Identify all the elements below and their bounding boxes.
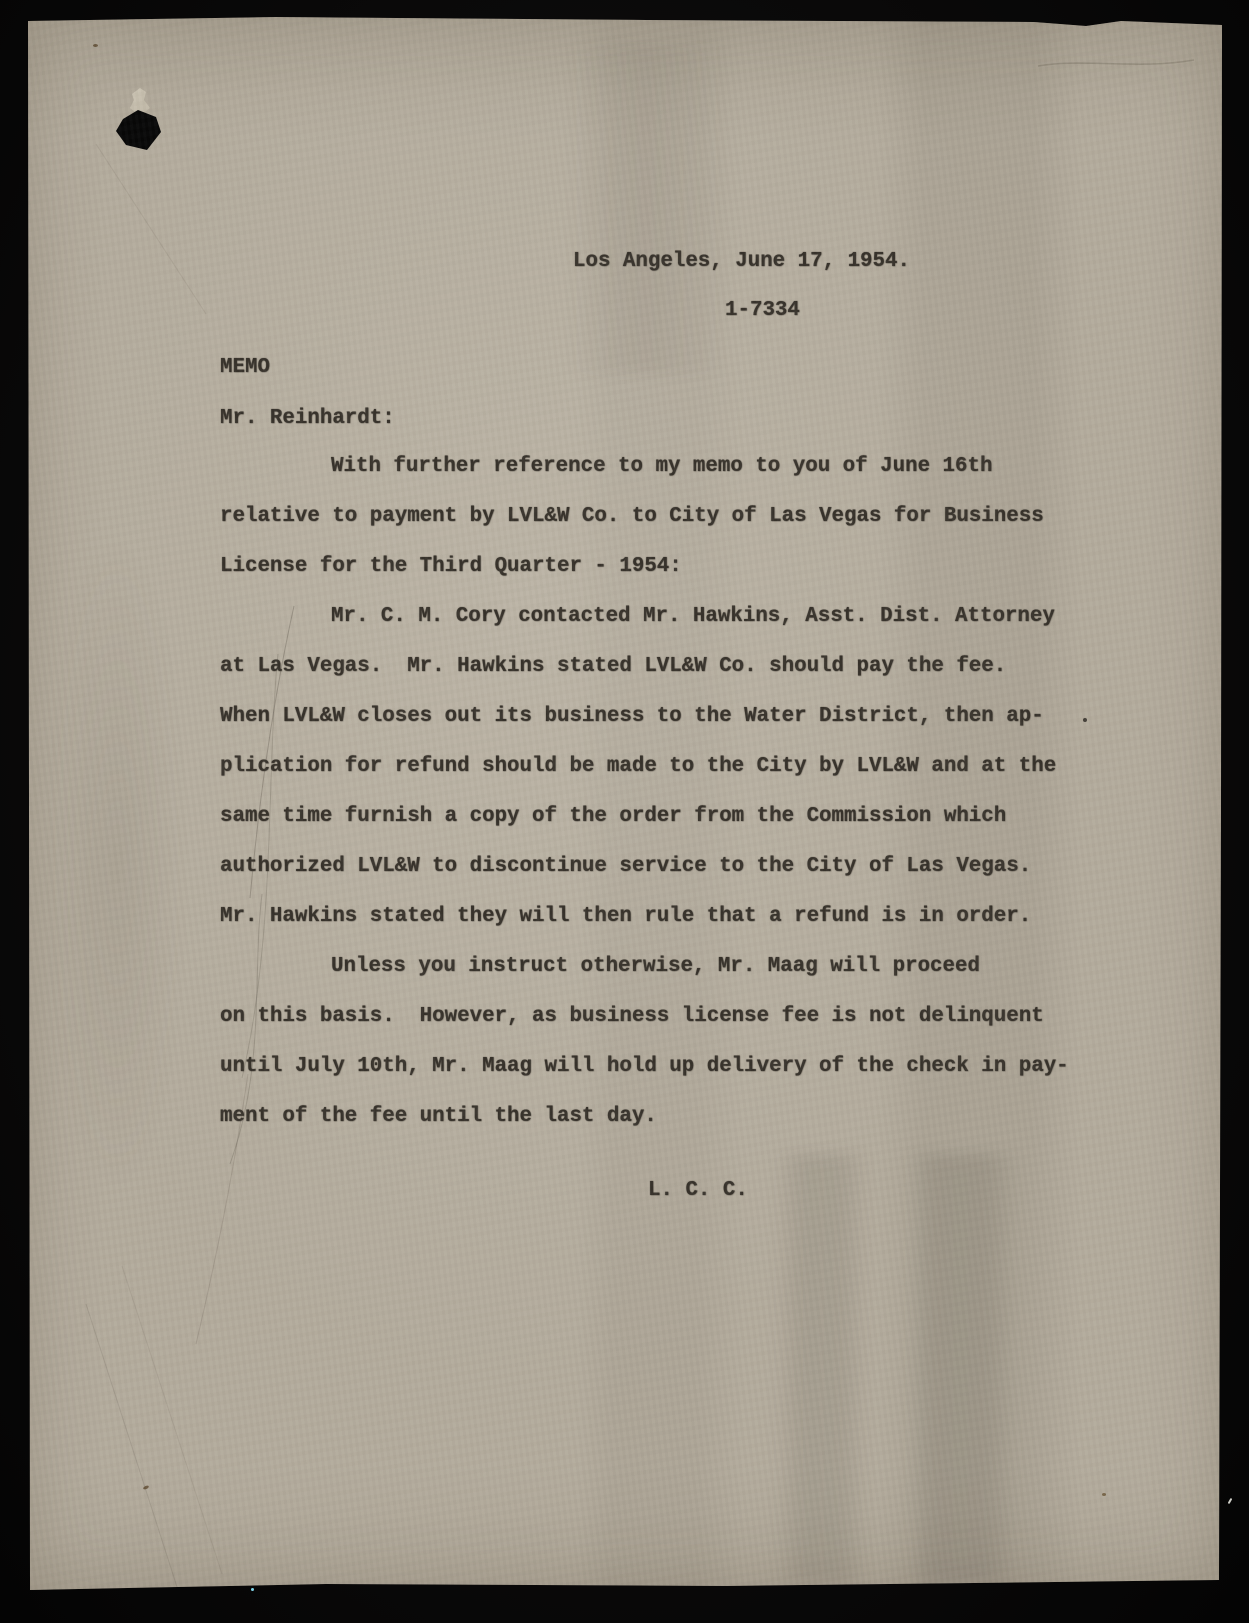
- memo-document: Los Angeles, June 17, 1954. 1-7334 MEMO …: [26, 14, 1224, 1592]
- dateline: Los Angeles, June 17, 1954.: [573, 237, 910, 287]
- body-line: at Las Vegas. Mr. Hawkins stated LVL&W C…: [220, 642, 1069, 692]
- smudge-mark: [52, 534, 182, 1194]
- body-line: License for the Third Quarter - 1954:: [220, 542, 1069, 592]
- photo-backdrop: Los Angeles, June 17, 1954. 1-7334 MEMO …: [0, 0, 1249, 1623]
- salutation: Mr. Reinhardt:: [220, 394, 395, 444]
- hole-opening: [116, 110, 162, 152]
- body-line: With further reference to my memo to you…: [220, 442, 1069, 492]
- memo-label: MEMO: [220, 343, 270, 393]
- body-line: relative to payment by LVL&W Co. to City…: [220, 492, 1069, 542]
- body-line: until July 10th, Mr. Maag will hold up d…: [220, 1042, 1069, 1092]
- paper-speck: [143, 1485, 150, 1490]
- body-line: ment of the fee until the last day.: [220, 1092, 1069, 1142]
- file-number: 1-7334: [725, 286, 800, 336]
- dust-speck: [1228, 1498, 1233, 1504]
- body-line: plication for refund should be made to t…: [220, 742, 1069, 792]
- dust-speck: [251, 1588, 254, 1591]
- body-line: authorized LVL&W to discontinue service …: [220, 842, 1069, 892]
- memo-body: With further reference to my memo to you…: [220, 442, 1069, 1142]
- body-line: Mr. C. M. Cory contacted Mr. Hawkins, As…: [220, 592, 1069, 642]
- body-line: Unless you instruct otherwise, Mr. Maag …: [220, 942, 1069, 992]
- paper-speck: [93, 44, 98, 47]
- body-line: When LVL&W closes out its business to th…: [220, 692, 1069, 742]
- paper-speck: [1102, 1493, 1106, 1496]
- body-line: same time furnish a copy of the order fr…: [220, 792, 1069, 842]
- smudge-mark: [566, 44, 726, 374]
- smudge-mark: [716, 1154, 1046, 1584]
- body-line: Mr. Hawkins stated they will then rule t…: [220, 892, 1069, 942]
- body-line: on this basis. However, as business lice…: [220, 992, 1069, 1042]
- torn-hole: [114, 88, 168, 154]
- paper-speck: [1083, 718, 1087, 722]
- signature-initials: L. C. C.: [648, 1166, 748, 1216]
